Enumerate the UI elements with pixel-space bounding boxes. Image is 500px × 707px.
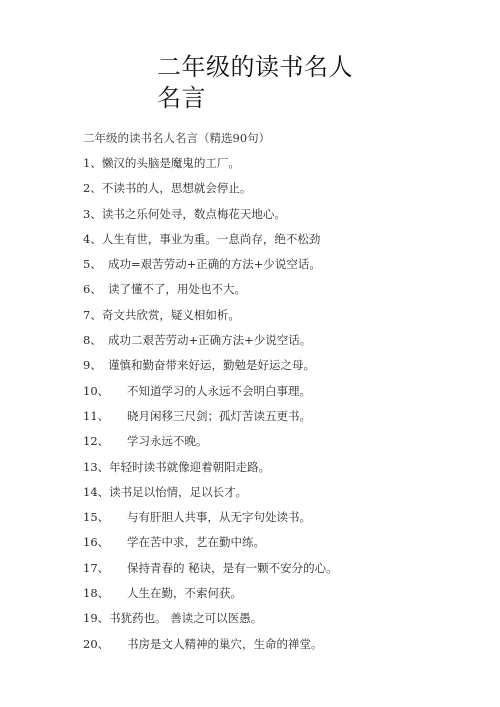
quote-number: 6、 — [83, 281, 108, 306]
quote-text: 书犹药也。 善读之可以医愚。 — [109, 610, 262, 635]
quote-number: 13、 — [83, 459, 109, 484]
quote-text: 不知道学习的人永远不会明白事理。 — [127, 383, 311, 408]
quote-text: 学习永远不晚。 — [127, 433, 208, 458]
quote-item: 8、成功二艰苦劳动+正确方法+少说空话。 — [83, 332, 338, 357]
quote-text: 书房是文人精神的巢穴，生命的禅堂。 — [127, 636, 323, 661]
quote-item: 11、晓月闲移三尺剑；孤灯苦读五更书。 — [83, 408, 338, 433]
quote-number: 1、 — [83, 155, 102, 180]
quote-number: 4、 — [83, 231, 102, 256]
quote-item: 3、读书之乐何处寻，数点梅花天地心。 — [83, 206, 338, 231]
quote-text: 成功二艰苦劳动+正确方法+少说空话。 — [108, 332, 311, 357]
document-subtitle: 二年级的读书名人名言（精选90句） — [83, 130, 270, 146]
quote-number: 14、 — [83, 484, 109, 509]
quote-number: 17、 — [83, 560, 127, 585]
quote-item: 12、学习永远不晚。 — [83, 433, 338, 458]
quote-item: 19、书犹药也。 善读之可以医愚。 — [83, 610, 338, 635]
quote-item: 2、不读书的人，思想就会停止。 — [83, 180, 338, 205]
quote-number: 10、 — [83, 383, 127, 408]
quote-number: 3、 — [83, 206, 102, 231]
quote-item: 6、读了懂不了，用处也不大。 — [83, 281, 338, 306]
document-title: 二年级的读书名人名言 — [157, 52, 372, 114]
quote-text: 学在苦中求，艺在勤中练。 — [127, 534, 265, 559]
quote-list: 1、懒汉的头脑是魔鬼的工厂。2、不读书的人，思想就会停止。3、读书之乐何处寻，数… — [83, 155, 338, 661]
quote-text: 年轻时读书就像迎着朝阳走路。 — [109, 459, 270, 484]
quote-item: 10、不知道学习的人永远不会明白事理。 — [83, 383, 338, 408]
quote-number: 20、 — [83, 636, 127, 661]
quote-text: 读书之乐何处寻，数点梅花天地心。 — [102, 206, 286, 231]
quote-item: 18、人生在勤，不索何获。 — [83, 585, 338, 610]
quote-text: 懒汉的头脑是魔鬼的工厂。 — [102, 155, 240, 180]
quote-item: 14、读书足以怡情，足以长才。 — [83, 484, 338, 509]
quote-number: 8、 — [83, 332, 108, 357]
quote-text: 保持青春的 秘诀，是有一颗不安分的心。 — [127, 560, 338, 585]
quote-item: 17、保持青春的 秘诀，是有一颗不安分的心。 — [83, 560, 338, 585]
quote-number: 15、 — [83, 509, 127, 534]
quote-text: 不读书的人，思想就会停止。 — [102, 180, 252, 205]
quote-text: 人生有世，事业为重。一息尚存，绝不松劲 — [102, 231, 321, 256]
quote-text: 奇文共欣赏，疑义相如析。 — [102, 307, 240, 332]
quote-item: 1、懒汉的头脑是魔鬼的工厂。 — [83, 155, 338, 180]
quote-text: 成功=艰苦劳动+正确的方法+少说空话。 — [108, 256, 321, 281]
quote-number: 12、 — [83, 433, 127, 458]
quote-item: 4、人生有世，事业为重。一息尚存，绝不松劲 — [83, 231, 338, 256]
quote-item: 9、谨慎和勤奋带来好运，勤勉是好运之母。 — [83, 357, 338, 382]
quote-number: 7、 — [83, 307, 102, 332]
quote-number: 9、 — [83, 357, 108, 382]
quote-item: 16、学在苦中求，艺在勤中练。 — [83, 534, 338, 559]
quote-text: 晓月闲移三尺剑；孤灯苦读五更书。 — [127, 408, 311, 433]
quote-item: 7、奇文共欣赏，疑义相如析。 — [83, 307, 338, 332]
quote-number: 11、 — [83, 408, 127, 433]
quote-item: 15、与有肝胆人共事，从无字句处读书。 — [83, 509, 338, 534]
quote-text: 读书足以怡情，足以长才。 — [109, 484, 247, 509]
quote-number: 18、 — [83, 585, 127, 610]
quote-item: 5、成功=艰苦劳动+正确的方法+少说空话。 — [83, 256, 338, 281]
quote-text: 与有肝胆人共事，从无字句处读书。 — [127, 509, 311, 534]
quote-number: 2、 — [83, 180, 102, 205]
quote-text: 人生在勤，不索何获。 — [127, 585, 242, 610]
quote-number: 16、 — [83, 534, 127, 559]
quote-item: 13、年轻时读书就像迎着朝阳走路。 — [83, 459, 338, 484]
quote-number: 5、 — [83, 256, 108, 281]
quote-text: 读了懂不了，用处也不大。 — [108, 281, 246, 306]
quote-text: 谨慎和勤奋带来好运，勤勉是好运之母。 — [108, 357, 315, 382]
quote-number: 19、 — [83, 610, 109, 635]
quote-item: 20、书房是文人精神的巢穴，生命的禅堂。 — [83, 636, 338, 661]
